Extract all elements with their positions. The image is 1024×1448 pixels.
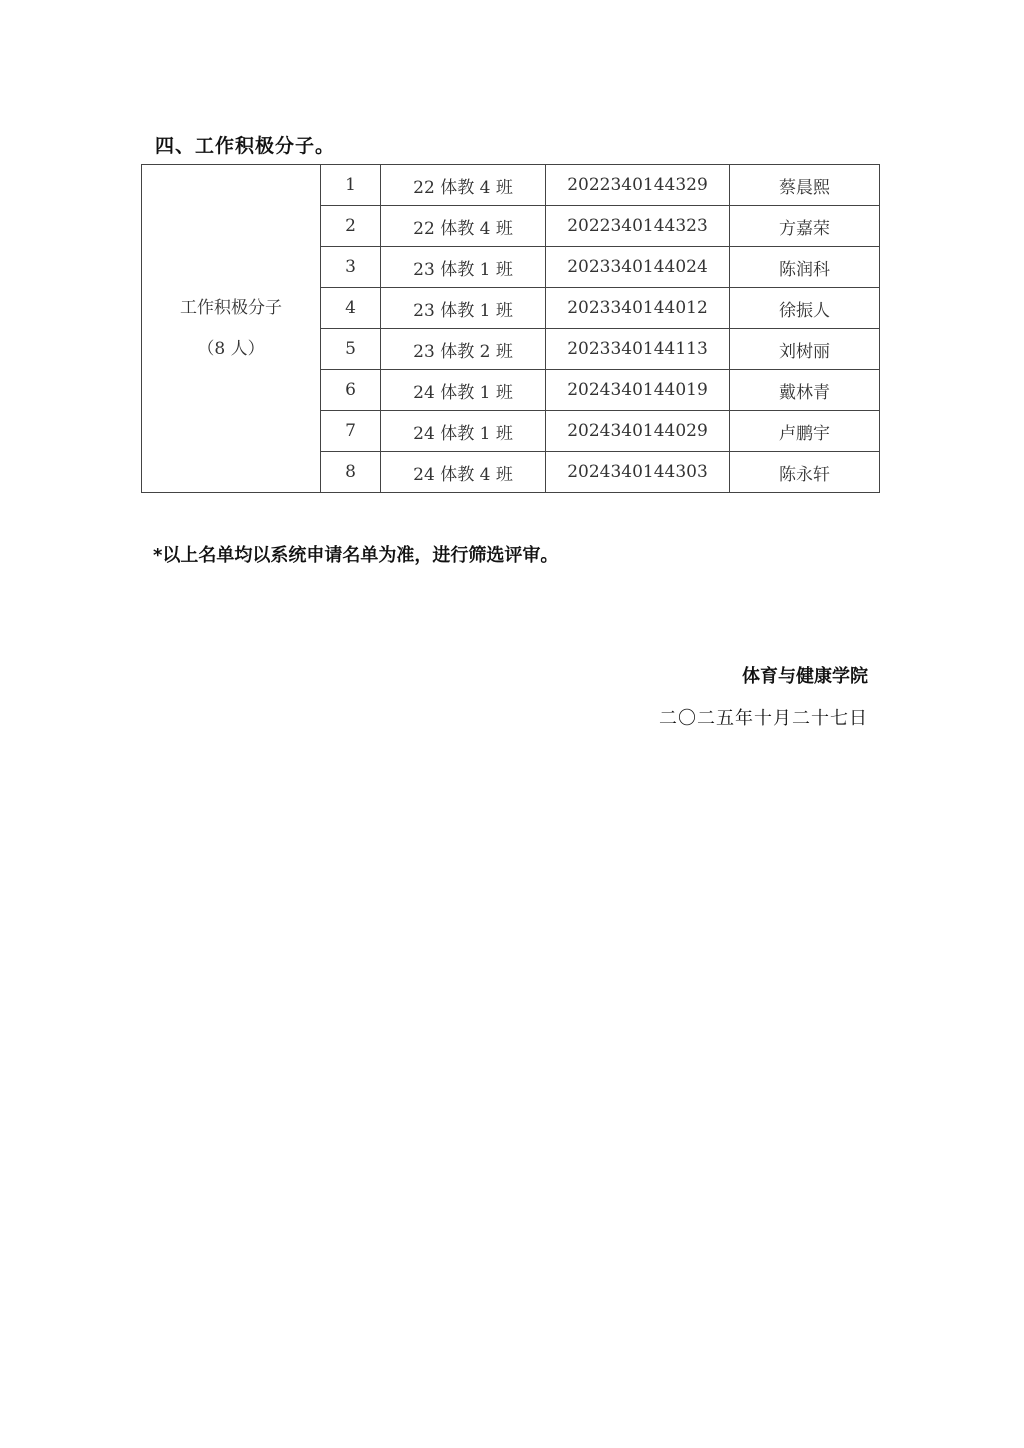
row-index: 6 (321, 370, 381, 411)
row-name: 陈永轩 (730, 452, 880, 493)
review-note: *以上名单均以系统申请名单为准，进行筛选评审。 (153, 541, 558, 567)
row-student-id: 2023340144012 (546, 288, 730, 329)
row-index: 8 (321, 452, 381, 493)
row-student-id: 2024340144029 (546, 411, 730, 452)
row-index: 3 (321, 247, 381, 288)
group-label: 工作积极分子 (142, 288, 320, 329)
row-name: 方嘉荣 (730, 206, 880, 247)
row-student-id: 2024340144303 (546, 452, 730, 493)
row-class: 24 体教 1 班 (381, 370, 546, 411)
activist-roster-table: 工作积极分子 （8 人） 1 22 体教 4 班 2022340144329 蔡… (141, 164, 880, 493)
row-name: 徐振人 (730, 288, 880, 329)
row-class: 24 体教 1 班 (381, 411, 546, 452)
row-class: 23 体教 2 班 (381, 329, 546, 370)
row-name: 卢鹏宇 (730, 411, 880, 452)
row-student-id: 2022340144329 (546, 165, 730, 206)
table-row: 工作积极分子 （8 人） 1 22 体教 4 班 2022340144329 蔡… (142, 165, 880, 206)
section-heading: 四、工作积极分子。 (155, 131, 335, 158)
signature-date: 二〇二五年十月二十七日 (659, 704, 868, 730)
row-name: 刘树丽 (730, 329, 880, 370)
row-student-id: 2023340144113 (546, 329, 730, 370)
row-index: 4 (321, 288, 381, 329)
row-index: 7 (321, 411, 381, 452)
row-name: 戴林青 (730, 370, 880, 411)
row-student-id: 2024340144019 (546, 370, 730, 411)
group-count: （8 人） (142, 329, 320, 370)
row-name: 蔡晨熙 (730, 165, 880, 206)
row-class: 22 体教 4 班 (381, 165, 546, 206)
row-class: 23 体教 1 班 (381, 247, 546, 288)
row-class: 24 体教 4 班 (381, 452, 546, 493)
row-student-id: 2023340144024 (546, 247, 730, 288)
row-class: 22 体教 4 班 (381, 206, 546, 247)
row-index: 2 (321, 206, 381, 247)
row-index: 5 (321, 329, 381, 370)
row-student-id: 2022340144323 (546, 206, 730, 247)
row-name: 陈润科 (730, 247, 880, 288)
group-cell: 工作积极分子 （8 人） (142, 165, 321, 493)
row-index: 1 (321, 165, 381, 206)
row-class: 23 体教 1 班 (381, 288, 546, 329)
signature-organization: 体育与健康学院 (742, 662, 868, 688)
